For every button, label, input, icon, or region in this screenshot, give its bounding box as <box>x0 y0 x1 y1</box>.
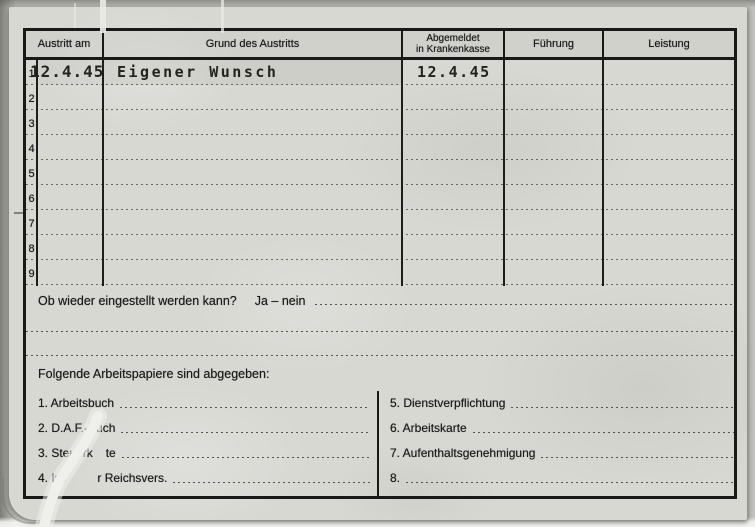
col-header-label-line2: in Krankenkasse <box>416 44 490 56</box>
row-number: 8 <box>27 243 36 255</box>
column-divider-line <box>503 60 505 286</box>
table-row: 5 <box>26 160 734 185</box>
papers-section-heading: Folgende Arbeitspapiere sind abgegeben: <box>38 367 269 381</box>
dotted-fill-line <box>473 432 734 433</box>
table-row: 3 <box>26 110 734 135</box>
col-header-label: Austritt am <box>38 38 91 51</box>
col-header-austritt-am: Austritt am <box>26 31 104 57</box>
dotted-fill-line <box>315 304 734 305</box>
table-header-row: Austritt am Grund des Austritts Abgemeld… <box>26 31 734 60</box>
papers-column-divider-line <box>377 391 379 497</box>
paper-crease <box>221 0 224 33</box>
question-options: Ja – nein <box>255 294 306 308</box>
dotted-fill-line <box>541 457 734 458</box>
dotted-fill-line <box>406 482 734 483</box>
row-number: 4 <box>27 143 36 155</box>
row-number: 6 <box>27 193 36 205</box>
table-row: 8 <box>26 235 734 260</box>
col-header-abgemeldet: Abgemeldet in Krankenkasse <box>403 31 505 57</box>
column-divider-line <box>102 60 104 286</box>
dotted-fill-line <box>122 457 370 458</box>
row-number: 2 <box>27 93 36 105</box>
paper-crease <box>100 0 106 33</box>
paper-item-arbeitskarte: 6. Arbeitskarte <box>390 414 734 439</box>
col-header-grund: Grund des Austritts <box>104 31 403 57</box>
dotted-fill-line <box>121 432 370 433</box>
typed-grund-text: Eigener Wunsch <box>117 63 278 81</box>
table-body: 1 2 3 4 5 6 7 8 9 <box>26 60 734 285</box>
paper-item-8: 8. <box>390 464 734 489</box>
row-number: 5 <box>27 168 36 180</box>
reemployment-question: Ob wieder eingestellt werden kann? Ja – … <box>38 294 734 308</box>
table-row: 2 <box>26 85 734 110</box>
col-header-label: Führung <box>533 38 574 51</box>
paper-item-label: 6. Arbeitskarte <box>390 421 467 435</box>
col-header-leistung: Leistung <box>604 31 734 57</box>
row-number-divider-line <box>36 60 38 286</box>
edge-tick-mark <box>14 212 23 214</box>
dotted-rule <box>26 331 734 332</box>
paper-item-label: 8. <box>390 471 400 485</box>
dotted-fill-line <box>120 407 370 408</box>
paper-item-aufenthaltsgenehmigung: 7. Aufenthaltsgenehmigung <box>390 439 734 464</box>
document-scan: Austritt am Grund des Austritts Abgemeld… <box>0 0 755 527</box>
column-divider-line <box>602 60 604 286</box>
paper-item-label: 7. Aufenthaltsgenehmigung <box>390 446 535 460</box>
typed-austritt-date: 12.4.45 <box>30 62 104 81</box>
dotted-rule <box>26 355 734 356</box>
question-text: Ob wieder eingestellt werden kann? <box>38 294 237 308</box>
row-number: 7 <box>27 218 36 230</box>
row-number: 3 <box>27 118 36 130</box>
table-row: 7 <box>26 210 734 235</box>
col-header-label: Grund des Austritts <box>206 38 300 51</box>
table-row: 6 <box>26 185 734 210</box>
paper-crease <box>74 3 76 28</box>
white-scratch-crease <box>28 408 123 527</box>
column-divider-line <box>401 60 403 286</box>
typed-abgemeldet-date: 12.4.45 <box>417 63 491 81</box>
col-header-label: Leistung <box>648 38 690 51</box>
col-header-fuehrung: Führung <box>505 31 604 57</box>
papers-list-right: 5. Dienstverpflichtung 6. Arbeitskarte 7… <box>390 389 734 489</box>
dotted-fill-line <box>173 482 370 483</box>
dotted-fill-line <box>511 407 734 408</box>
col-header-label-line1: Abgemeldet <box>426 33 479 45</box>
table-row: 9 <box>26 260 734 285</box>
row-number: 9 <box>27 268 36 280</box>
paper-item-dienstverpflichtung: 5. Dienstverpflichtung <box>390 389 734 414</box>
table-row: 4 <box>26 135 734 160</box>
paper-item-label: 5. Dienstverpflichtung <box>390 396 505 410</box>
